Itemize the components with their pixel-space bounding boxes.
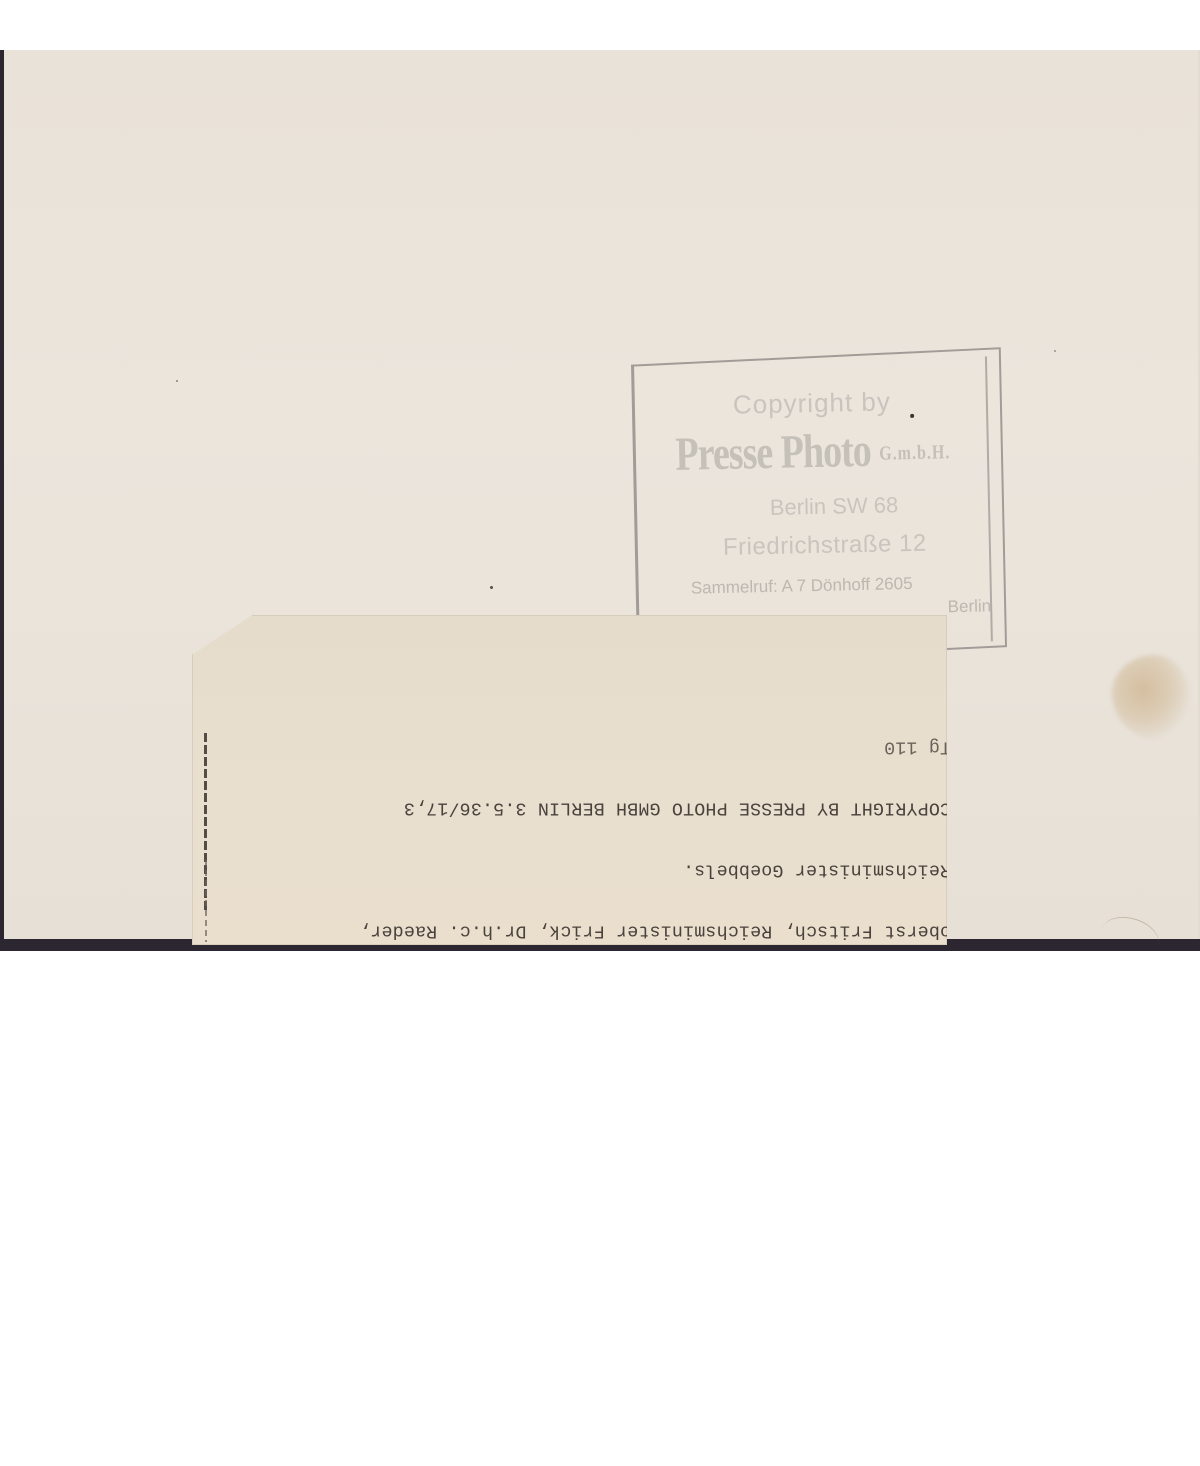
paper-speck (176, 380, 178, 382)
paper-speck (490, 586, 493, 589)
caption-copyright-line: COPYRIGHT BY PRESSE PHOTO GMBH BERLIN 3.… (236, 798, 951, 819)
copyright-stamp: Copyright by Presse Photo G.m.b.H. Berli… (631, 356, 997, 653)
stamp-company-main: Presse Photo (675, 425, 871, 482)
scanned-photo-back: Copyright by Presse Photo G.m.b.H. Berli… (0, 0, 1200, 1000)
caption-line: oberst Fritsch, Reichsminister Frick, Dr… (236, 921, 951, 942)
caption-text-block: GENERAL LITZMANN ZU GRABE GETRAGEN -----… (214, 687, 929, 942)
caption-label: GENERAL LITZMANN ZU GRABE GETRAGEN -----… (192, 615, 947, 945)
label-margin-rule-lower (205, 860, 207, 942)
stamp-company-suffix: G.m.b.H. (879, 442, 951, 465)
typed-caption: GENERAL LITZMANN ZU GRABE GETRAGEN -----… (236, 695, 951, 1000)
caption-line: Reichsminister Goebbels. (236, 859, 951, 880)
caption-reference-number: Tg 110 (236, 736, 951, 757)
caption-line: Reichsminister Hess, Generaloberst Görin… (236, 982, 951, 1000)
stamp-company-name: Presse Photo G.m.b.H. (632, 421, 993, 484)
paper-speck (1054, 350, 1056, 352)
